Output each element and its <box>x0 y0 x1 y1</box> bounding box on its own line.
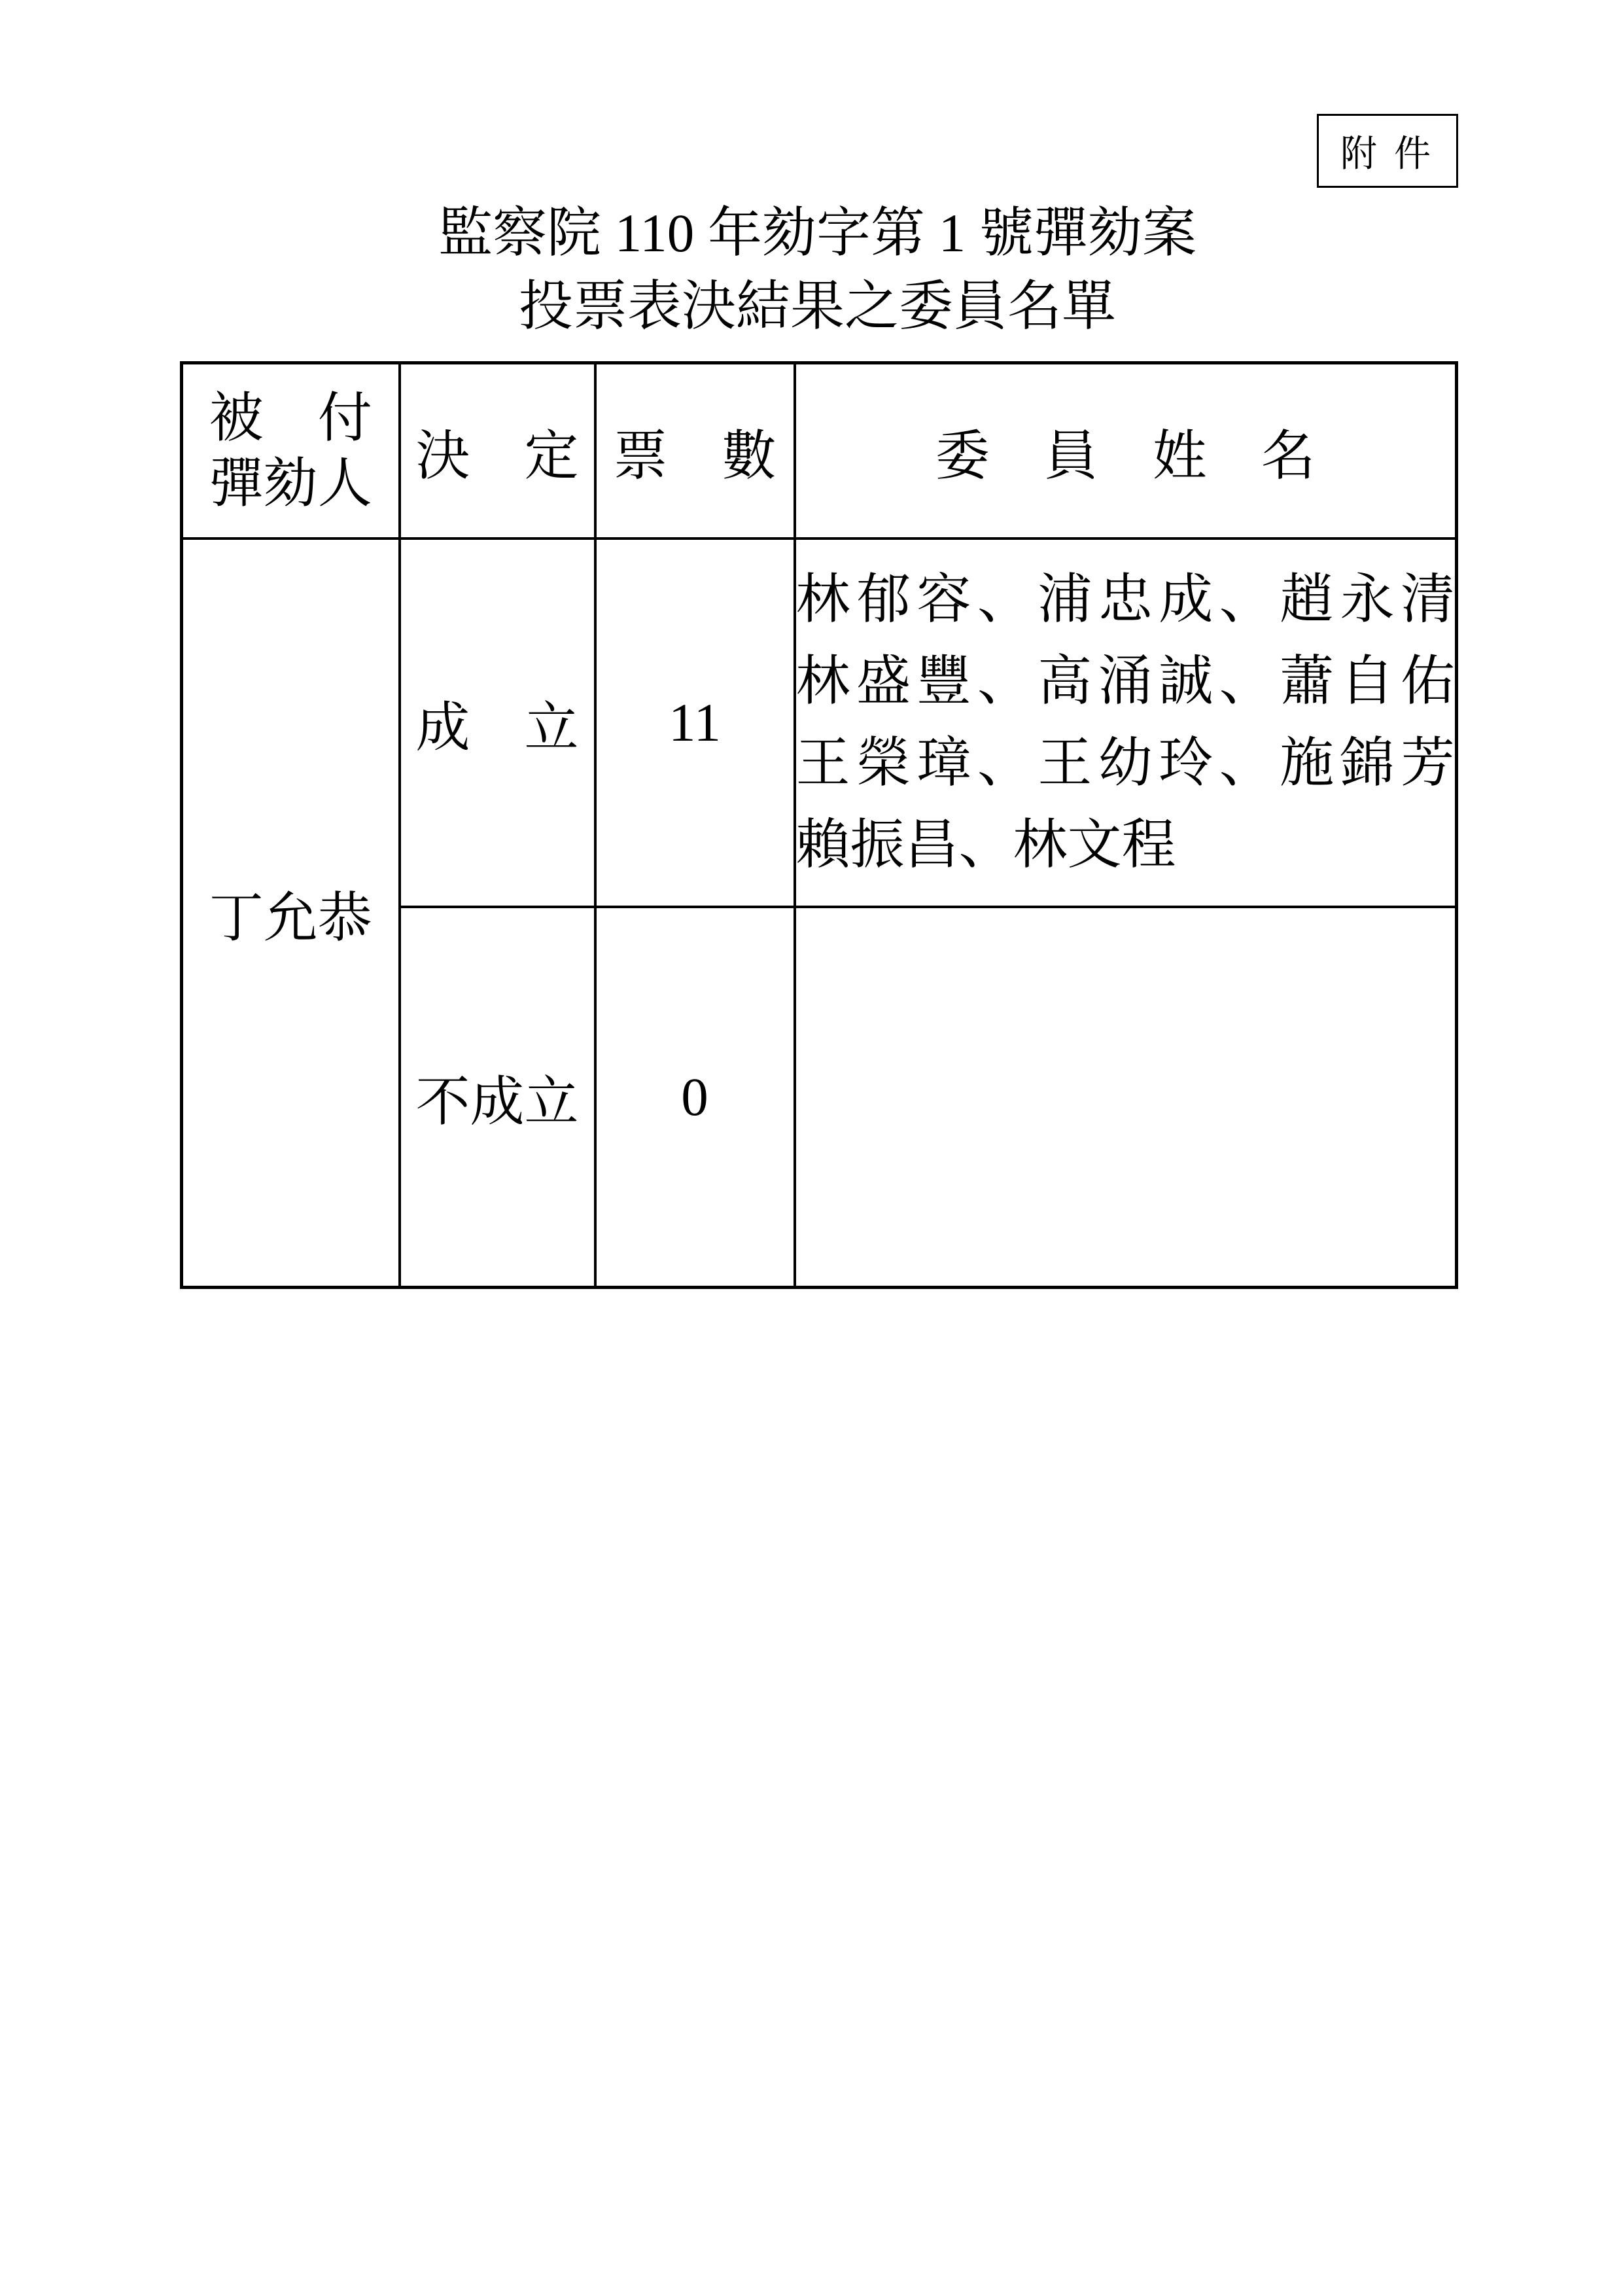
table-header-row: 被 付 彈劾人 決 定 票 數 委 員 姓 名 <box>182 363 1457 539</box>
title-line-2: 投票表決結果之委員名單 <box>180 270 1455 343</box>
members-line-1: 林郁容、浦忠成、趙永清 <box>796 559 1456 641</box>
cell-member-names: 林郁容、浦忠成、趙永清 林盛豐、高涌誠、蕭自佑 王榮璋、王幼玲、施錦芳 賴振昌、… <box>795 539 1457 907</box>
cell-votes-established: 11 <box>595 539 795 907</box>
header-decision: 決 定 <box>400 363 595 539</box>
vote-results-table: 被 付 彈劾人 決 定 票 數 委 員 姓 名 丁允恭 成 立 11 林郁容、浦… <box>180 361 1458 1289</box>
title-line-1: 監察院 110 年劾字第 1 號彈劾案 <box>180 196 1455 270</box>
header-member-names: 委 員 姓 名 <box>795 363 1457 539</box>
header-impeached-person: 被 付 彈劾人 <box>182 363 400 539</box>
members-line-4: 賴振昌、林文程 <box>796 804 1456 886</box>
document-page: 附 件 監察院 110 年劾字第 1 號彈劾案 投票表決結果之委員名單 被 付 … <box>0 0 1623 2296</box>
members-line-2: 林盛豐、高涌誠、蕭自佑 <box>796 641 1456 722</box>
cell-votes-not-established: 0 <box>595 907 795 1288</box>
header-impeached-person-line2: 彈劾人 <box>183 451 398 516</box>
cell-impeached-person: 丁允恭 <box>182 539 400 1288</box>
members-line-3: 王榮璋、王幼玲、施錦芳 <box>796 722 1456 804</box>
attachment-label: 附 件 <box>1340 125 1435 177</box>
cell-decision-established: 成 立 <box>400 539 595 907</box>
table-row-established: 丁允恭 成 立 11 林郁容、浦忠成、趙永清 林盛豐、高涌誠、蕭自佑 王榮璋、王… <box>182 539 1457 907</box>
header-votes: 票 數 <box>595 363 795 539</box>
cell-member-names-empty <box>795 907 1457 1288</box>
attachment-stamp-box: 附 件 <box>1317 114 1458 188</box>
document-title: 監察院 110 年劾字第 1 號彈劾案 投票表決結果之委員名單 <box>180 196 1455 343</box>
cell-decision-not-established: 不成立 <box>400 907 595 1288</box>
header-impeached-person-line1: 被 付 <box>183 385 398 451</box>
